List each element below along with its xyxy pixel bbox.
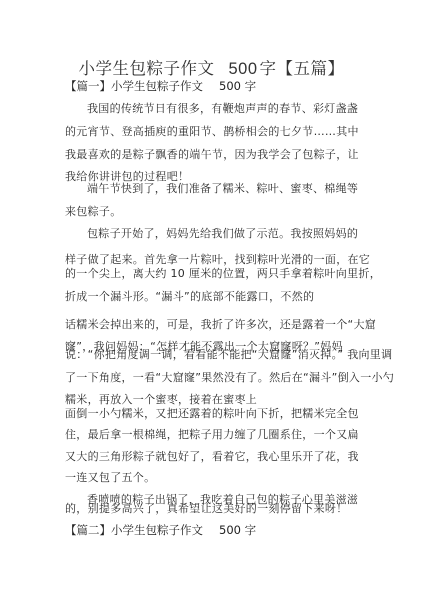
paragraph-line: 又大的三角形粽子就包好了，看着它，我心里乐开了花，我: [65, 448, 359, 464]
paragraph-line: 的，别提多高兴了，真希望让这美好的一刻停留下来呀！: [65, 500, 348, 516]
paragraph-line: 我国的传统节日有很多，有鞭炮声声的春节、彩灯盏盏: [87, 100, 358, 116]
paragraph-line: 包粽子开始了，妈妈先给我们做了示范。我按照妈妈的: [87, 225, 358, 241]
section-heading-2: 【篇二】小学生包粽子作文500 字: [65, 522, 256, 538]
section-label: 【篇一】: [65, 79, 111, 93]
paragraph-line: 住，最后拿一根棉绳，把粽子用力缠了几圈系住，一个又扁: [65, 426, 359, 442]
title-count: 500: [228, 60, 257, 78]
title-text: 小学生包粽子作文: [78, 59, 214, 78]
section-heading-1: 【篇一】小学生包粽子作文500 字: [65, 78, 256, 94]
paragraph-line: 来包粽子。: [65, 203, 122, 219]
paragraph-line: 说：“你把角度调一调，看看能不能把“大窟窿”消灭掉。” 我向里调: [65, 346, 392, 362]
paragraph-line: 端午节快到了，我们准备了糯米、粽叶、蜜枣、棉绳等: [87, 180, 358, 196]
section-title: 小学生包粽子作文: [111, 79, 203, 93]
paragraph-line: 了一下角度，一看“大窟窿”果然没有了。然后在“漏斗”倒入一小勺: [65, 369, 394, 385]
section-count: 500 字: [219, 79, 256, 93]
section-label: 【篇二】: [65, 523, 111, 537]
section-count: 500 字: [219, 523, 256, 537]
paragraph-line: 折成一个漏斗形。“漏斗”的底部不能露口，不然的: [65, 288, 314, 304]
paragraph-line: 一连又包了五个。: [65, 469, 155, 485]
document-title: 小学生包粽子作文500字【五篇】: [0, 55, 423, 79]
section-title: 小学生包粽子作文: [111, 523, 203, 537]
paragraph-line: 的一个尖上，离大约 10 厘米的位置，两只手拿着粽叶向里折，: [65, 265, 381, 281]
paragraph-line: 话糯米会掉出来的，可是，我折了许多次，还是露着一个“大窟: [65, 316, 376, 332]
title-suffix: 字【五篇】: [260, 59, 345, 78]
paragraph-line: 我最喜欢的是粽子飘香的端午节，因为我学会了包粽子，让: [65, 146, 359, 162]
paragraph-line: 的元宵节、登高插庾的重阳节、鹊桥相会的七夕节……其中: [65, 123, 359, 139]
paragraph-line: 面倒一小勺糯米，又把还露着的粽叶向下折，把糯米完全包: [65, 405, 359, 421]
